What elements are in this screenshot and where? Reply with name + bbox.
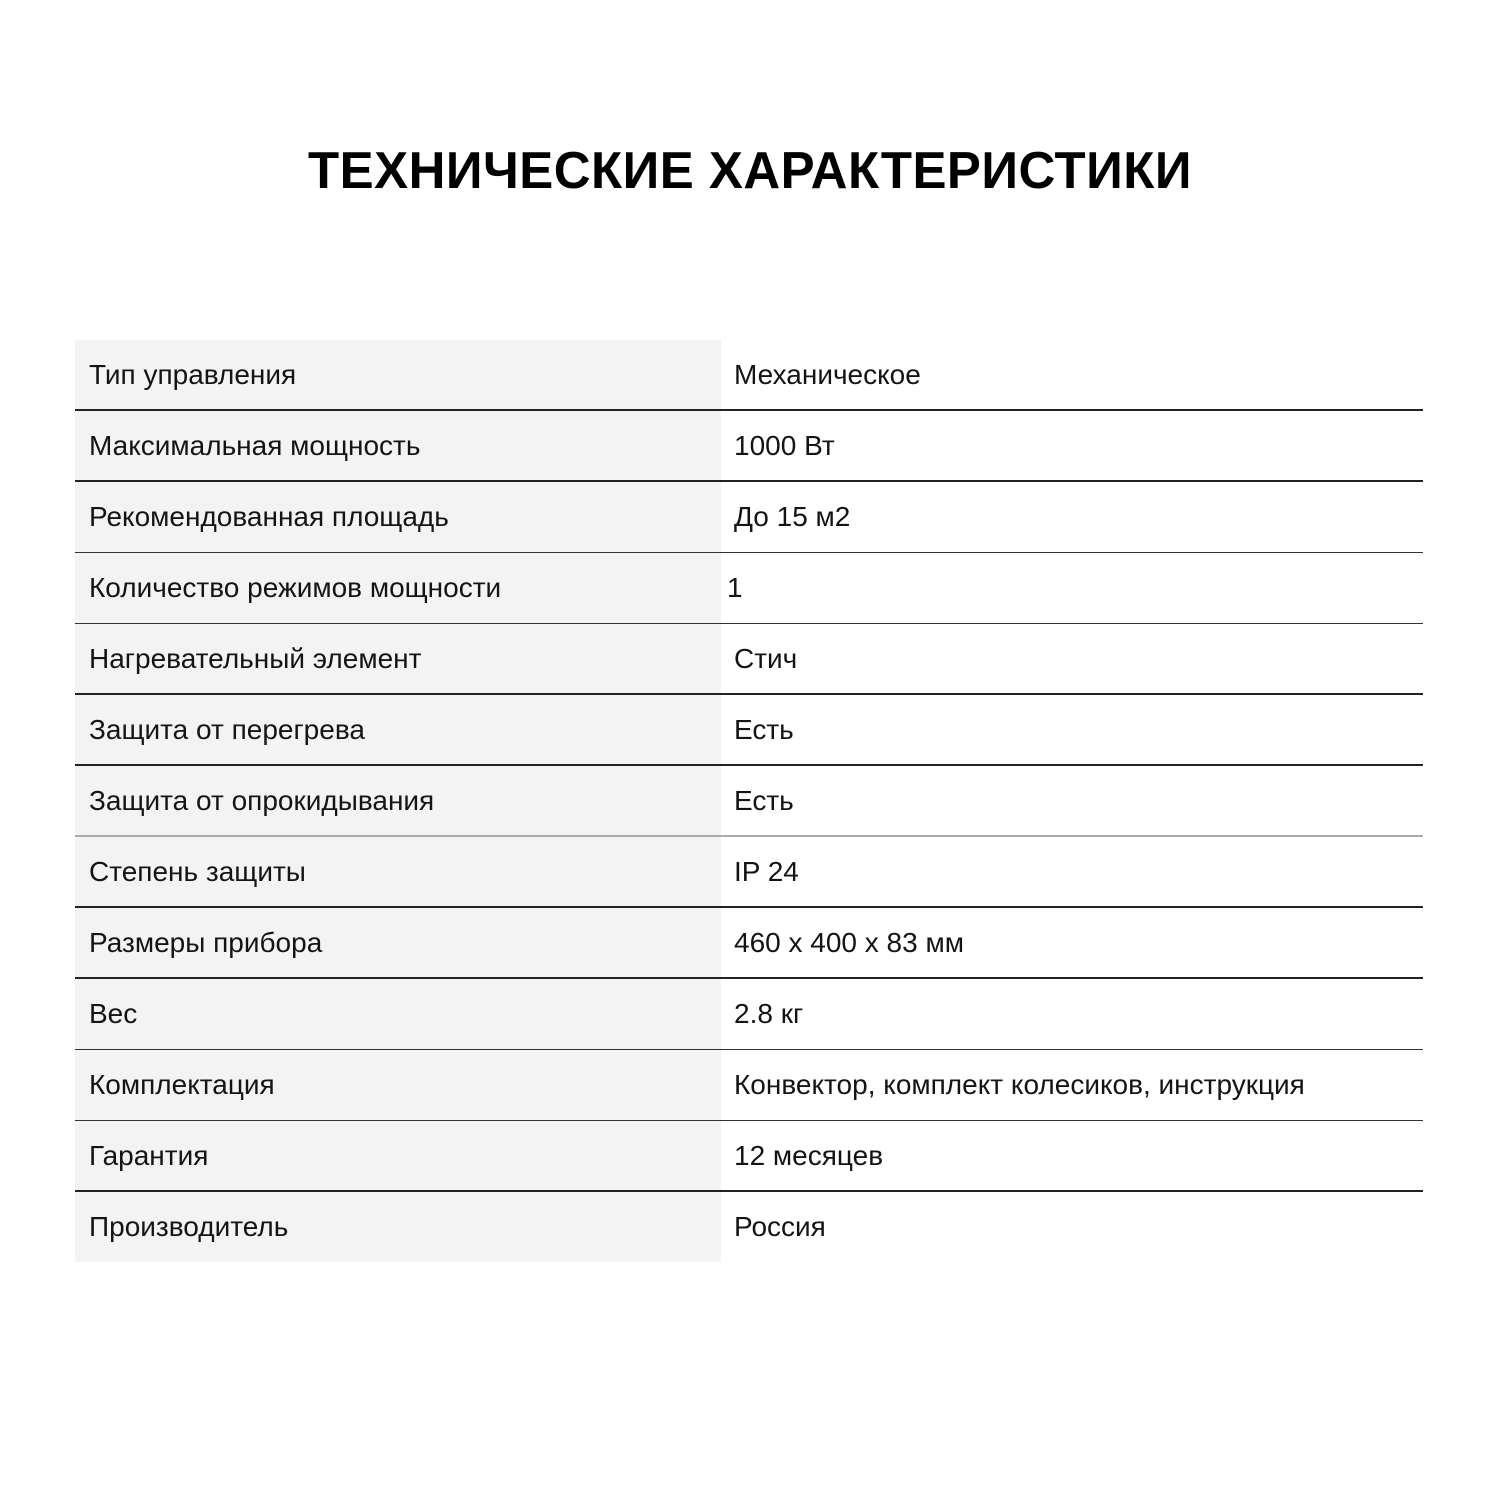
spec-value: До 15 м2 (721, 482, 1423, 552)
spec-row: Количество режимов мощности 1 (75, 553, 1423, 623)
spec-row: Нагревательный элемент Стич (75, 624, 1423, 694)
spec-value: 2.8 кг (721, 979, 1423, 1049)
spec-value: Россия (721, 1192, 1423, 1262)
spec-row: Рекомендованная площадь До 15 м2 (75, 482, 1423, 552)
spec-label: Защита от перегрева (75, 695, 721, 765)
spec-label: Вес (75, 979, 721, 1049)
spec-label: Размеры прибора (75, 908, 721, 978)
spec-label: Максимальная мощность (75, 411, 721, 481)
spec-label: Тип управления (75, 340, 721, 410)
spec-row: Размеры прибора 460 х 400 х 83 мм (75, 908, 1423, 978)
spec-row: Защита от опрокидывания Есть (75, 766, 1423, 836)
specs-table: Тип управления Механическое Максимальная… (75, 340, 1423, 1262)
spec-label: Комплектация (75, 1050, 721, 1120)
spec-row: Комплектация Конвектор, комплект колесик… (75, 1050, 1423, 1120)
spec-value: Механическое (721, 340, 1423, 410)
spec-label: Производитель (75, 1192, 721, 1262)
spec-row: Тип управления Механическое (75, 340, 1423, 410)
spec-value: 460 х 400 х 83 мм (721, 908, 1423, 978)
spec-label: Нагревательный элемент (75, 624, 721, 694)
spec-row: Защита от перегрева Есть (75, 695, 1423, 765)
spec-value: IP 24 (721, 837, 1423, 907)
spec-label: Степень защиты (75, 837, 721, 907)
spec-value: 1000 Вт (721, 411, 1423, 481)
spec-value: Есть (721, 766, 1423, 836)
page-title: ТЕХНИЧЕСКИЕ ХАРАКТЕРИСТИКИ (15, 141, 1485, 201)
spec-label: Гарантия (75, 1121, 721, 1191)
spec-value: 12 месяцев (721, 1121, 1423, 1191)
spec-row: Гарантия 12 месяцев (75, 1121, 1423, 1191)
spec-value: Конвектор, комплект колесиков, инструкци… (721, 1050, 1423, 1120)
spec-value: 1 (721, 553, 1423, 623)
spec-row: Производитель Россия (75, 1192, 1423, 1262)
spec-row: Вес 2.8 кг (75, 979, 1423, 1049)
spec-label: Рекомендованная площадь (75, 482, 721, 552)
spec-label: Защита от опрокидывания (75, 766, 721, 836)
spec-row: Степень защиты IP 24 (75, 837, 1423, 907)
spec-value: Есть (721, 695, 1423, 765)
spec-value: Стич (721, 624, 1423, 694)
spec-label: Количество режимов мощности (75, 553, 721, 623)
spec-row: Максимальная мощность 1000 Вт (75, 411, 1423, 481)
